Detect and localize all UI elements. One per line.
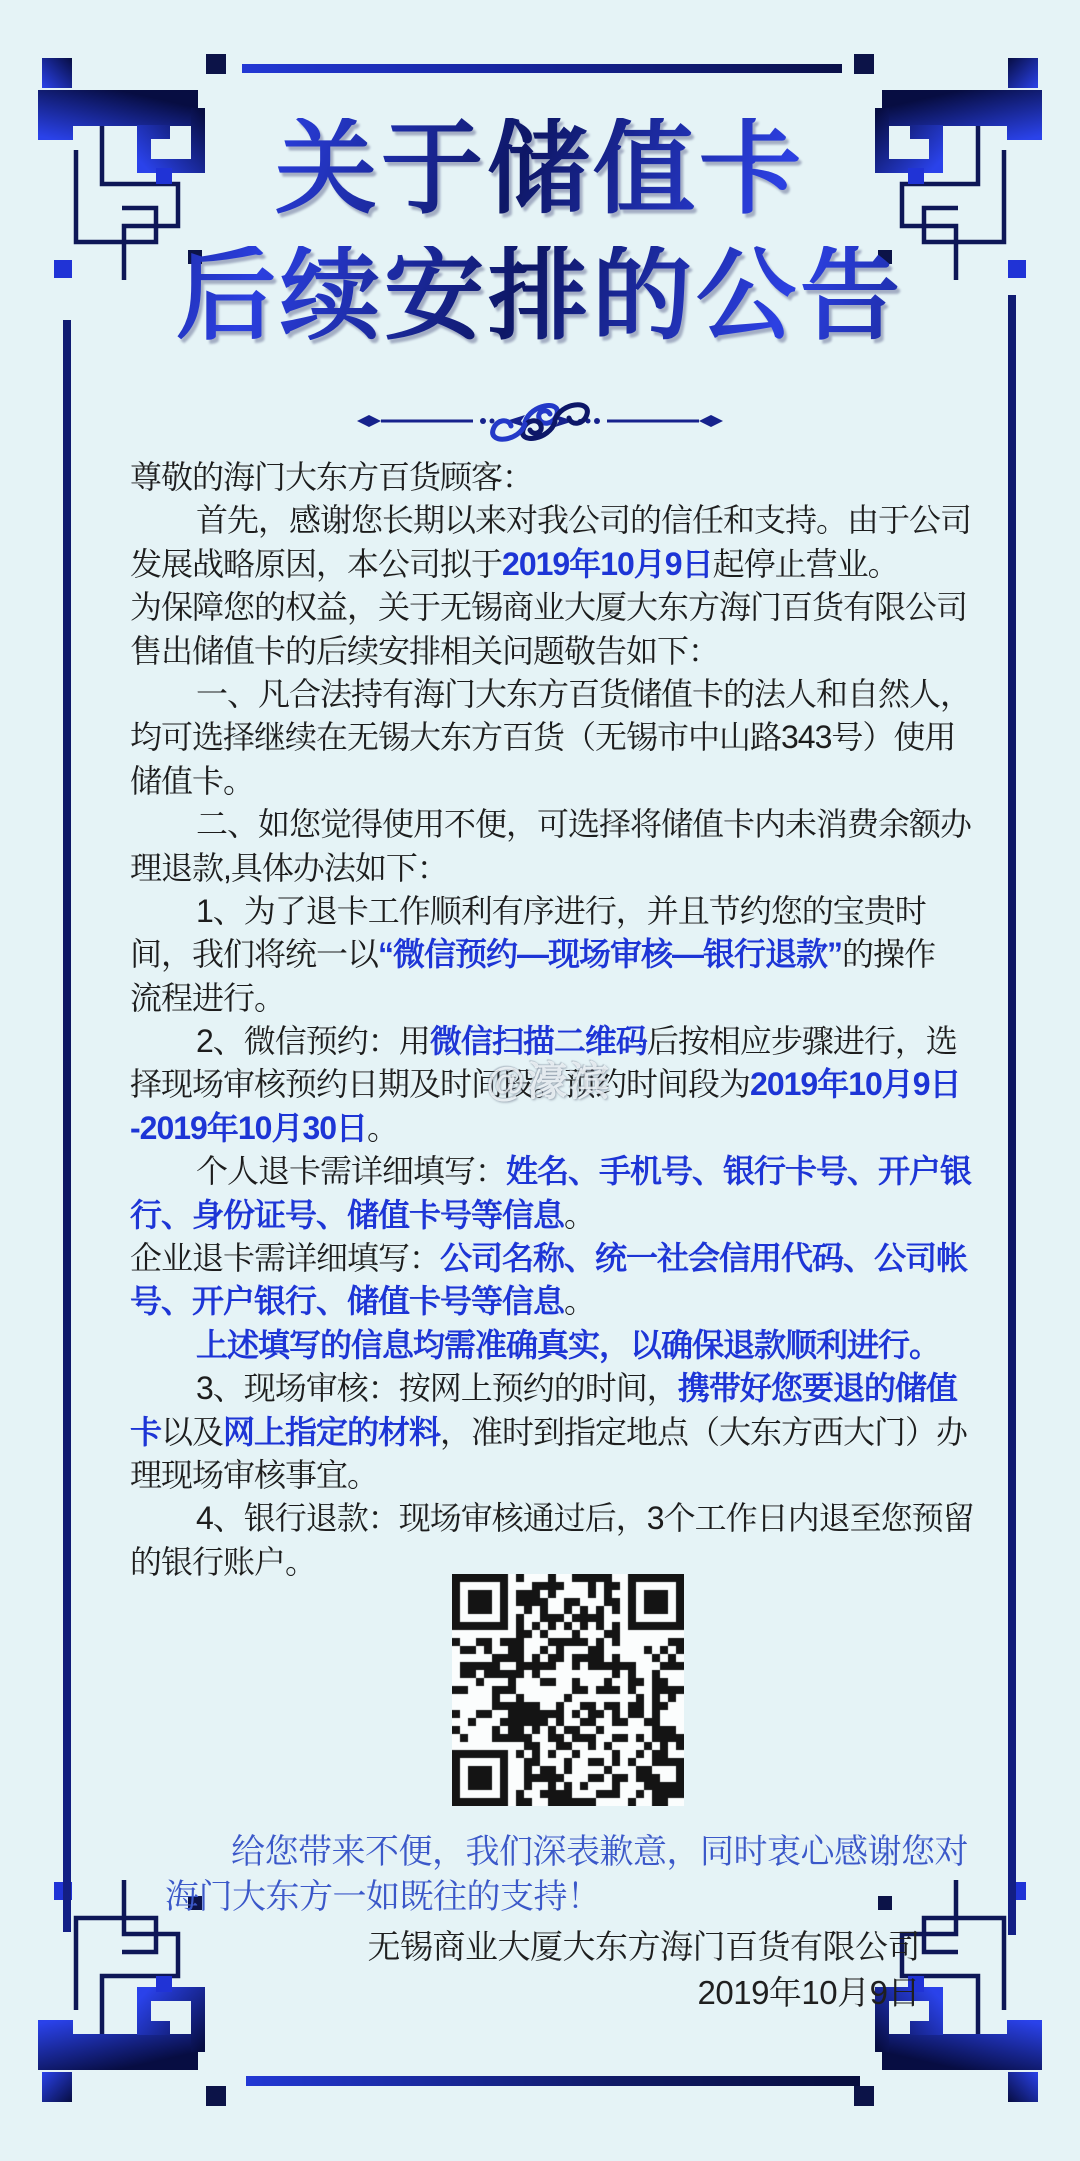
- body-line: 个人退卡需详细填写：姓名、手机号、银行卡号、开户银: [130, 1150, 980, 1193]
- body-line: 均可选择继续在无锡大东方百货（无锡市中山路343号）使用: [130, 716, 980, 759]
- ornament-divider-icon: [355, 398, 725, 444]
- watermark: @濠滨: [486, 1050, 611, 1107]
- body-line: 储值卡。: [130, 760, 980, 803]
- body-line: 理现场审核事宜。: [130, 1454, 980, 1497]
- page-title: 关于储值卡 后续安排的公告: [0, 118, 1080, 346]
- closing-line-2: 海门大东方一如既往的支持！: [130, 1875, 930, 1920]
- body-line: 尊敬的海门大东方百货顾客：: [130, 456, 980, 499]
- frame-bottom-line: [246, 2076, 860, 2086]
- body-line: 发展战略原因，本公司拟于2019年10月9日起停止营业。: [130, 543, 980, 586]
- body-line: 首先，感谢您长期以来对我公司的信任和支持。由于公司: [130, 499, 980, 542]
- body-line: 4、银行退款：现场审核通过后，3个工作日内退至您预留: [130, 1497, 980, 1540]
- frame-top-line: [242, 64, 842, 73]
- announcement-poster: 关于储值卡 后续安排的公告 尊敬的海门大东方百货顾客：首先，感谢您长期以来对我公…: [0, 0, 1080, 2161]
- body-line: 3、现场审核：按网上预约的时间，携带好您要退的储值: [130, 1367, 980, 1410]
- body-text: 尊敬的海门大东方百货顾客：首先，感谢您长期以来对我公司的信任和支持。由于公司发展…: [130, 456, 980, 1584]
- body-line: 企业退卡需详细填写：公司名称、统一社会信用代码、公司帐: [130, 1237, 980, 1280]
- signature-company: 无锡商业大厦大东方海门百货有限公司: [368, 1924, 921, 1970]
- title-line-1: 关于储值卡: [0, 118, 1080, 220]
- body-line: 卡以及网上指定的材料，准时到指定地点（大东方西大门）办: [130, 1411, 980, 1454]
- title-line-2: 后续安排的公告: [0, 246, 1080, 346]
- body-line: 为保障您的权益，关于无锡商业大厦大东方海门百货有限公司: [130, 586, 980, 629]
- closing-line-1: 给您带来不便，我们深表歉意，同时衷心感谢您对: [130, 1830, 930, 1875]
- body-line: 流程进行。: [130, 977, 980, 1020]
- signature-block: 无锡商业大厦大东方海门百货有限公司 2019年10月9日: [368, 1924, 921, 2016]
- frame-right-line: [1008, 295, 1016, 1935]
- body-line: 号、开户银行、储值卡号等信息。: [130, 1280, 980, 1323]
- body-line: 行、身份证号、储值卡号等信息。: [130, 1194, 980, 1237]
- body-line: 间，我们将统一以“微信预约—现场审核—银行退款”的操作: [130, 933, 980, 976]
- closing-message: 给您带来不便，我们深表歉意，同时衷心感谢您对 海门大东方一如既往的支持！: [130, 1830, 930, 1920]
- body-line: 1、为了退卡工作顺利有序进行，并且节约您的宝贵时: [130, 890, 980, 933]
- frame-left-line: [63, 320, 71, 1932]
- body-line: 售出储值卡的后续安排相关问题敬告如下：: [130, 630, 980, 673]
- body-line: -2019年10月30日。: [130, 1107, 980, 1150]
- body-line: 一、凡合法持有海门大东方百货储值卡的法人和自然人，: [130, 673, 980, 716]
- body-line: 上述填写的信息均需准确真实，以确保退款顺利进行。: [130, 1324, 980, 1367]
- signature-date: 2019年10月9日: [368, 1970, 921, 2016]
- wechat-qr-code: [452, 1574, 684, 1806]
- body-line: 理退款,具体办法如下：: [130, 847, 980, 890]
- body-line: 二、如您觉得使用不便，可选择将储值卡内未消费余额办: [130, 803, 980, 846]
